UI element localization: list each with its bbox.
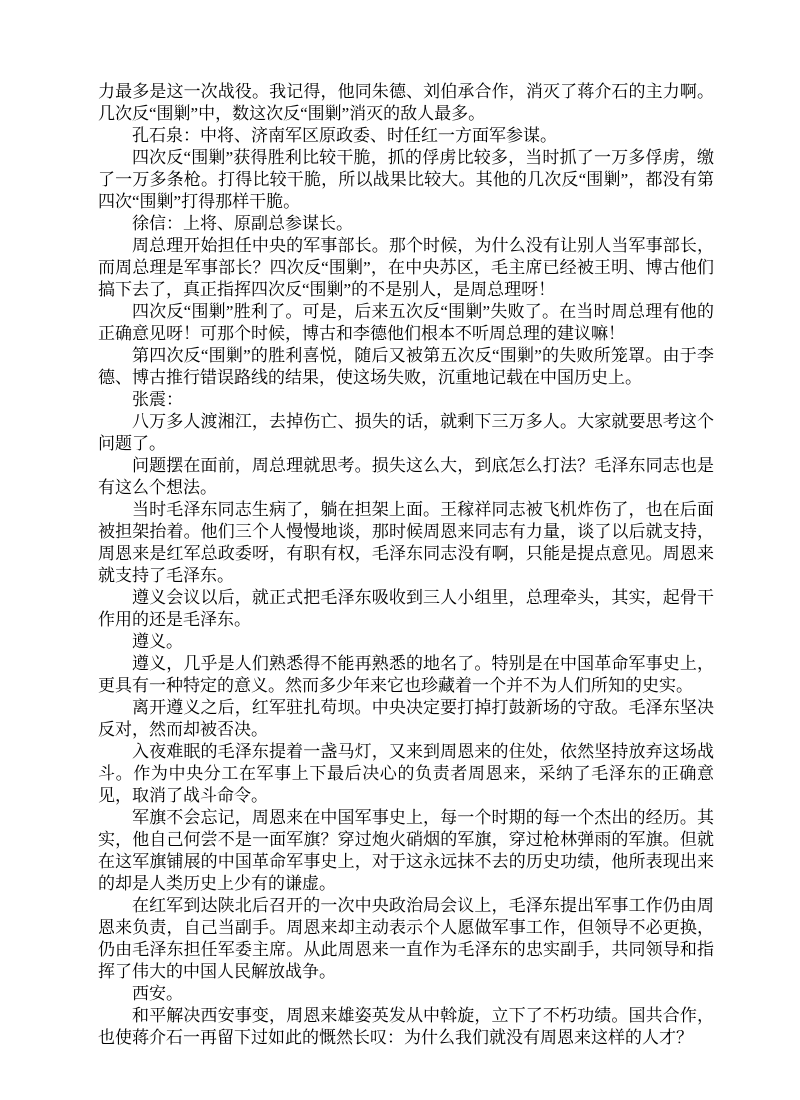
document-page: 力最多是这一次战役。我记得，他同朱德、刘伯承合作，消灭了蒋介石的主力啊。几次反“… xyxy=(0,0,800,1100)
paragraph: 离开遵义之后，红军驻扎苟坝。中央决定要打掉打鼓新场的守敌。毛泽东坚决反对，然而却… xyxy=(98,697,714,741)
paragraph: 八万多人渡湘江，去掉伤亡、损失的话，就剩下三万多人。大家就要思考这个问题了。 xyxy=(98,411,714,455)
paragraph: 徐信：上将、原副总参谋长。 xyxy=(98,213,714,235)
paragraph: 遵义，几乎是人们熟悉得不能再熟悉的地名了。特别是在中国革命军事史上，更具有一种特… xyxy=(98,653,714,697)
paragraph: 力最多是这一次战役。我记得，他同朱德、刘伯承合作，消灭了蒋介石的主力啊。几次反“… xyxy=(98,81,714,125)
paragraph: 和平解决西安事变，周恩来雄姿英发从中斡旋，立下了不朽功绩。国共合作，也使蒋介石一… xyxy=(98,1005,714,1049)
paragraph: 遵义会议以后，就正式把毛泽东吸收到三人小组里，总理牵头，其实，起骨干作用的还是毛… xyxy=(98,587,714,631)
paragraph: 周总理开始担任中央的军事部长。那个时候，为什么没有让别人当军事部长，而周总理是军… xyxy=(98,235,714,301)
paragraph: 四次反“围剿”胜利了。可是，后来五次反“围剿”失败了。在当时周总理有他的正确意见… xyxy=(98,301,714,345)
paragraph: 第四次反“围剿”的胜利喜悦，随后又被第五次反“围剿”的失败所笼罩。由于李德、博古… xyxy=(98,345,714,389)
paragraph: 问题摆在面前，周总理就思考。损失这么大，到底怎么打法？毛泽东同志也是有这么个想法… xyxy=(98,455,714,499)
paragraph: 孔石泉：中将、济南军区原政委、时任红一方面军参谋。 xyxy=(98,125,714,147)
document-content: 力最多是这一次战役。我记得，他同朱德、刘伯承合作，消灭了蒋介石的主力啊。几次反“… xyxy=(98,81,714,1049)
paragraph: 西安。 xyxy=(98,983,714,1005)
paragraph: 四次反“围剿”获得胜利比较干脆，抓的俘虏比较多，当时抓了一万多俘虏，缴了一万多条… xyxy=(98,147,714,213)
paragraph: 张震： xyxy=(98,389,714,411)
paragraph: 军旗不会忘记，周恩来在中国军事史上，每一个时期的每一个杰出的经历。其实，他自己何… xyxy=(98,807,714,895)
paragraph: 入夜难眠的毛泽东提着一盏马灯，又来到周恩来的住处，依然坚持放弃这场战斗。作为中央… xyxy=(98,741,714,807)
paragraph: 在红军到达陕北后召开的一次中央政治局会议上，毛泽东提出军事工作仍由周恩来负责，自… xyxy=(98,895,714,983)
paragraph: 当时毛泽东同志生病了，躺在担架上面。王稼祥同志被飞机炸伤了，也在后面被担架抬着。… xyxy=(98,499,714,587)
paragraph: 遵义。 xyxy=(98,631,714,653)
